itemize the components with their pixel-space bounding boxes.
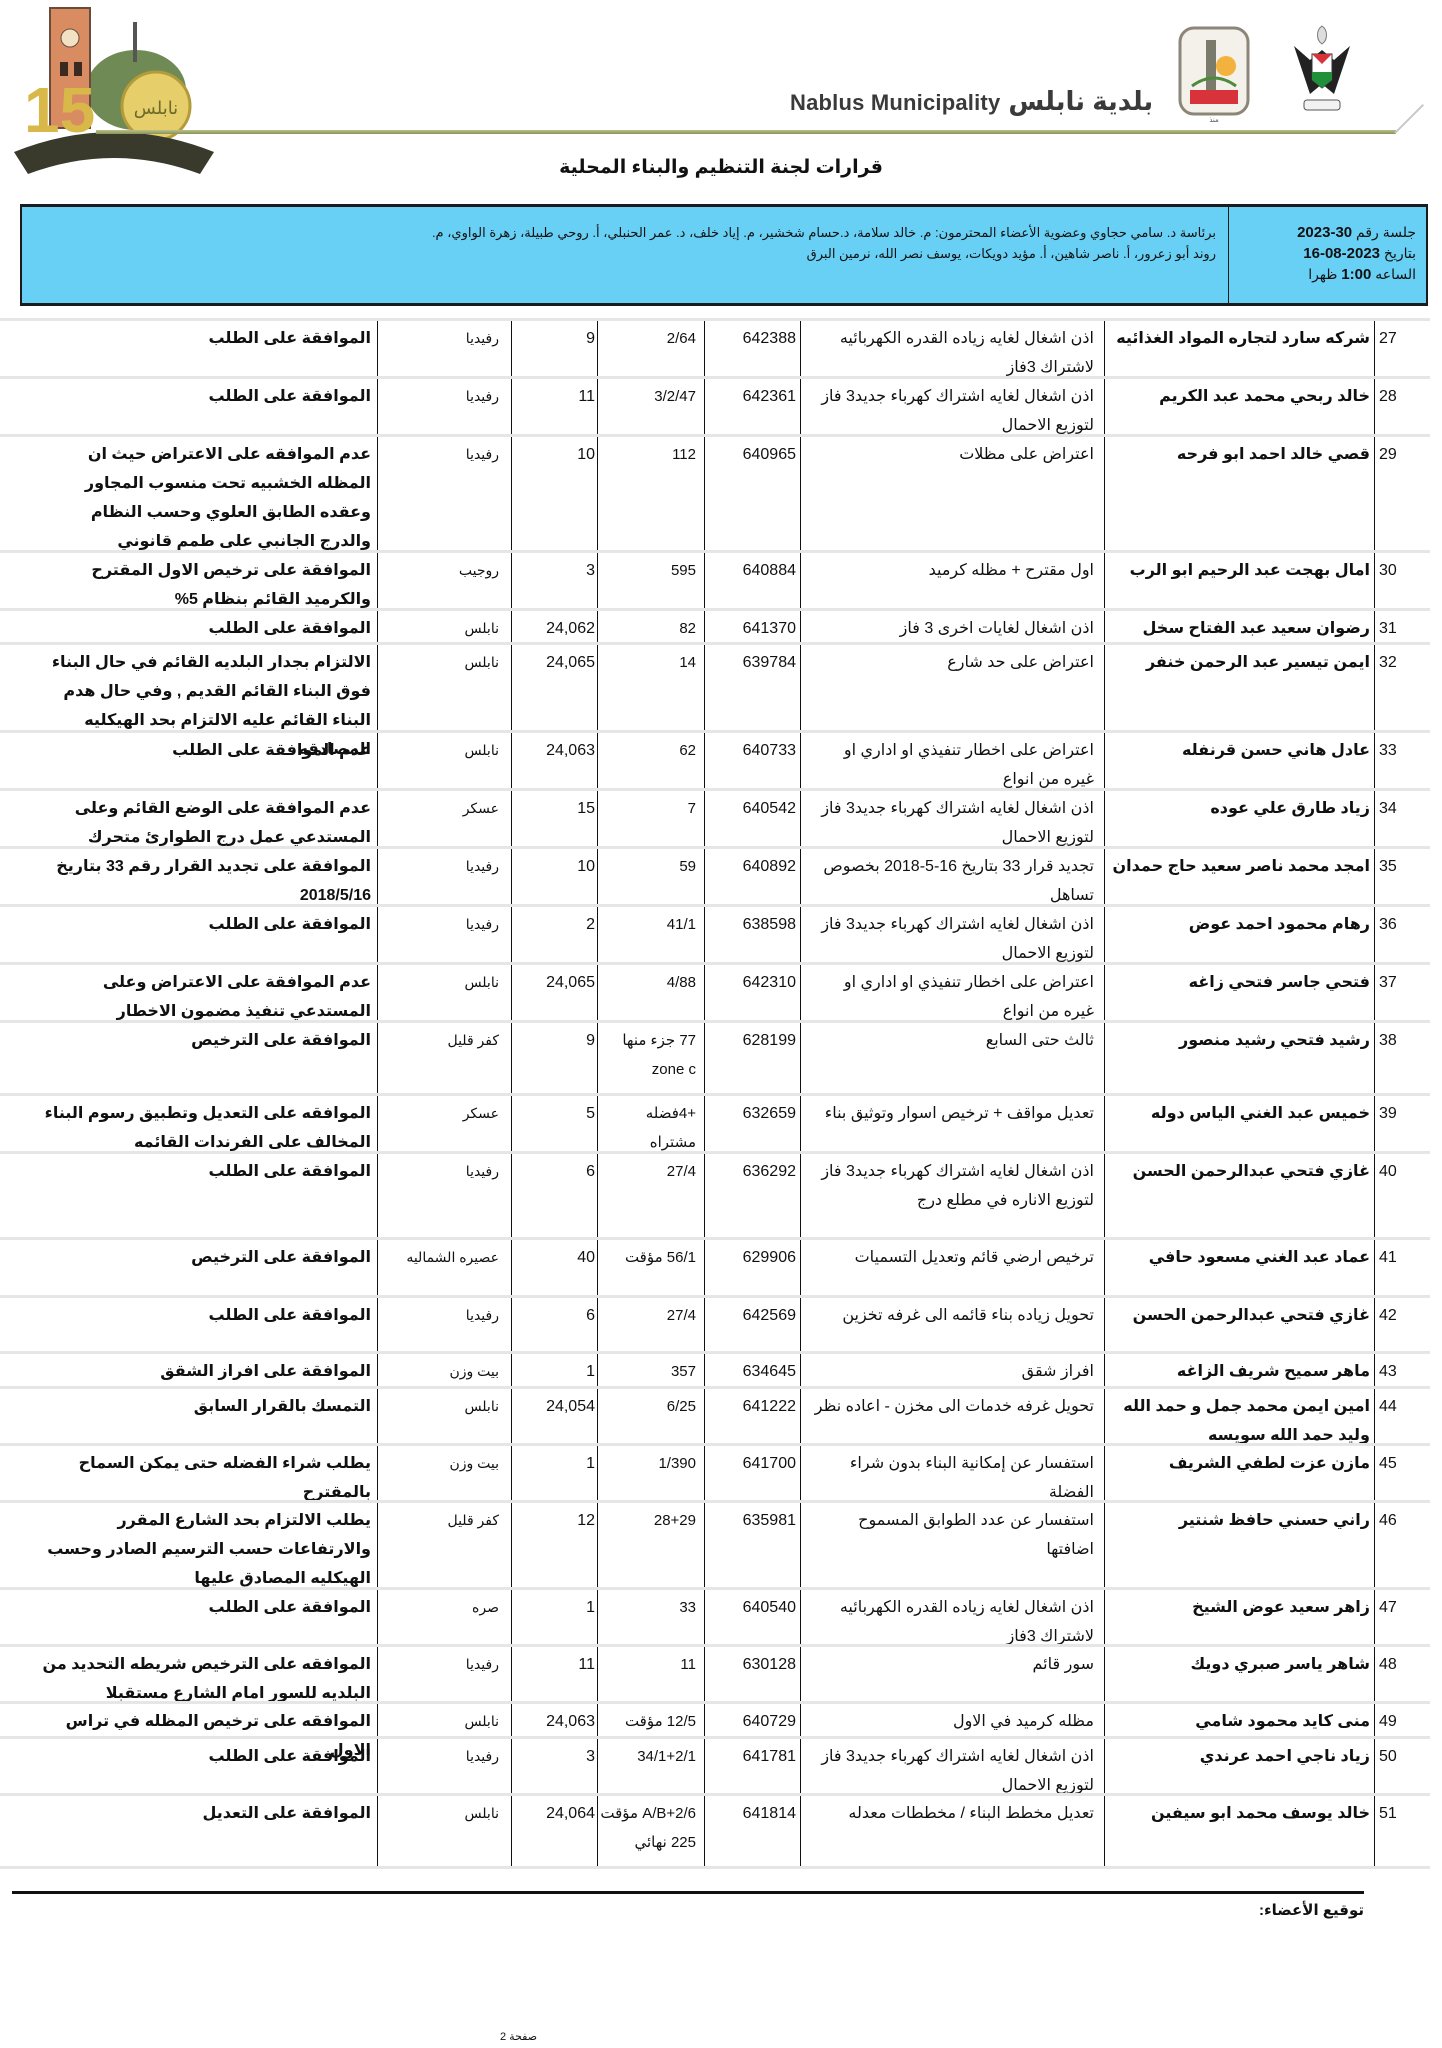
basin-number: 11 <box>512 1647 598 1701</box>
file-number: 642310 <box>705 965 801 1020</box>
area-name: رفيديا <box>378 1647 512 1701</box>
row-number: 28 <box>1375 379 1430 434</box>
row-number: 47 <box>1375 1590 1430 1644</box>
committee-decision: الموافقة على الطلب <box>0 907 378 962</box>
parcel-number: 4/88 <box>598 965 705 1020</box>
row-number: 51 <box>1375 1796 1430 1866</box>
area-name: نابلس <box>378 611 512 642</box>
table-row: 40غازي فتحي عبدالرحمن الحسناذن اشغال لغا… <box>0 1151 1430 1237</box>
request-subject: اذن اشغال لغايه اشتراك كهرباء جديد3 فاز … <box>801 907 1105 962</box>
file-number: 641370 <box>705 611 801 642</box>
decisions-table: 27شركه سارد لتجاره المواد الغذائيهاذن اش… <box>0 318 1430 1866</box>
basin-number: 12 <box>512 1503 598 1587</box>
file-number: 628199 <box>705 1023 801 1093</box>
basin-number: 40 <box>512 1240 598 1295</box>
citizen-name: رشيد فتحي رشيد منصور <box>1105 1023 1375 1093</box>
header-rule <box>96 130 1396 134</box>
area-name: بيت وزن <box>378 1446 512 1500</box>
nablus-municipality-emblem-icon: منذ <box>1178 26 1250 124</box>
citizen-name: ايمن تيسير عبد الرحمن خنفر <box>1105 645 1375 730</box>
table-row: 33عادل هاني حسن قرنفلهاعتراض على اخطار ت… <box>0 730 1430 788</box>
citizen-name: امين ايمن محمد جمل و حمد الله وليد حمد ا… <box>1105 1389 1375 1443</box>
request-subject: اعتراض على اخطار تنفيذي او اداري او غيره… <box>801 733 1105 788</box>
brand-arabic: بلدية نابلس <box>1008 86 1153 117</box>
row-number: 43 <box>1375 1354 1430 1386</box>
area-name: رفيديا <box>378 379 512 434</box>
row-number: 35 <box>1375 849 1430 904</box>
citizen-name: شاهر ياسر صبري دويك <box>1105 1647 1375 1701</box>
basin-number: 9 <box>512 1023 598 1093</box>
request-subject: اعتراض على اخطار تنفيذي او اداري او غيره… <box>801 965 1105 1020</box>
parcel-number: 59 <box>598 849 705 904</box>
request-subject: اعتراض على مظلات <box>801 437 1105 550</box>
area-name: عصيره الشماليه <box>378 1240 512 1295</box>
table-row: 27شركه سارد لتجاره المواد الغذائيهاذن اش… <box>0 318 1430 376</box>
citizen-name: راني حسني حافظ شنتير <box>1105 1503 1375 1587</box>
table-row: 49منى كايد محمود شاميمظله كرميد في الاول… <box>0 1701 1430 1736</box>
parcel-number: 112 <box>598 437 705 550</box>
table-row: 39خميس عبد الغني الياس دولهتعديل مواقف +… <box>0 1093 1430 1151</box>
svg-text:منذ: منذ <box>1209 116 1219 124</box>
committee-decision: يطلب الالتزام بحد الشارع المقرر والارتفا… <box>0 1503 378 1587</box>
page-title: قرارات لجنة التنظيم والبناء المحلية <box>0 156 1442 179</box>
area-name: عسكر <box>378 1096 512 1151</box>
file-number: 640542 <box>705 791 801 846</box>
committee-decision: الموافقة على الترخيص <box>0 1023 378 1093</box>
session-time: 1:00 <box>1341 266 1371 283</box>
row-number: 34 <box>1375 791 1430 846</box>
file-number: 630128 <box>705 1647 801 1701</box>
file-number: 640540 <box>705 1590 801 1644</box>
committee-decision: الموافقه على التعديل وتطبيق رسوم البناء … <box>0 1096 378 1151</box>
session-date: 2023-08-16 <box>1303 245 1380 262</box>
request-subject: تحويل زياده بناء قائمه الى غرفه تخزين <box>801 1298 1105 1351</box>
row-number: 32 <box>1375 645 1430 730</box>
committee-decision: الموافقة على الترخيص <box>0 1240 378 1295</box>
committee-decision: الموافقة على الطلب <box>0 1739 378 1793</box>
table-row: 42غازي فتحي عبدالرحمن الحسنتحويل زياده ب… <box>0 1295 1430 1351</box>
basin-number: 3 <box>512 1739 598 1793</box>
area-name: نابلس <box>378 965 512 1020</box>
file-number: 641222 <box>705 1389 801 1443</box>
area-name: صره <box>378 1590 512 1644</box>
committee-decision: الالتزام بجدار البلديه القائم في حال الب… <box>0 645 378 730</box>
table-row: 30امال بهجت عبد الرحيم ابو الرباول مقترح… <box>0 550 1430 608</box>
request-subject: افراز شقق <box>801 1354 1105 1386</box>
letterhead: 15 نابلس Nablus Municipality بلدية نابلس… <box>0 0 1442 200</box>
basin-number: 11 <box>512 379 598 434</box>
committee-decision: عدم الموافقة على الوضع القائم وعلى المست… <box>0 791 378 846</box>
citizen-name: زاهر سعيد عوض الشيخ <box>1105 1590 1375 1644</box>
committee-decision: عدم الموافقه على الاعتراض حيث ان المظله … <box>0 437 378 550</box>
request-subject: تحويل غرفه خدمات الى مخزن - اعاده نظر <box>801 1389 1105 1443</box>
basin-number: 10 <box>512 437 598 550</box>
table-row: 46راني حسني حافظ شنتيراستفسار عن عدد الط… <box>0 1500 1430 1587</box>
palestine-eagle-emblem-icon <box>1290 24 1354 116</box>
file-number: 640729 <box>705 1704 801 1736</box>
citizen-name: خميس عبد الغني الياس دوله <box>1105 1096 1375 1151</box>
basin-number: 24,063 <box>512 733 598 788</box>
table-row: 38رشيد فتحي رشيد منصورثالث حتى السابع628… <box>0 1020 1430 1093</box>
citizen-name: مازن عزت لطفي الشريف <box>1105 1446 1375 1500</box>
row-number: 49 <box>1375 1704 1430 1736</box>
row-number: 44 <box>1375 1389 1430 1443</box>
basin-number: 1 <box>512 1446 598 1500</box>
row-number: 41 <box>1375 1240 1430 1295</box>
row-number: 46 <box>1375 1503 1430 1587</box>
file-number: 641700 <box>705 1446 801 1500</box>
parcel-number: 595 <box>598 553 705 608</box>
area-name: نابلس <box>378 645 512 730</box>
table-row: 32ايمن تيسير عبد الرحمن خنفراعتراض على ح… <box>0 642 1430 730</box>
row-number: 36 <box>1375 907 1430 962</box>
basin-number: 2 <box>512 907 598 962</box>
citizen-name: عادل هاني حسن قرنفله <box>1105 733 1375 788</box>
parcel-number: 41/1 <box>598 907 705 962</box>
basin-number: 5 <box>512 1096 598 1151</box>
citizen-name: رضوان سعيد عبد الفتاح سخل <box>1105 611 1375 642</box>
row-number: 33 <box>1375 733 1430 788</box>
citizen-name: خالد يوسف محمد ابو سيفين <box>1105 1796 1375 1866</box>
row-number: 45 <box>1375 1446 1430 1500</box>
request-subject: استفسار عن عدد الطوابق المسموح اضافتها <box>801 1503 1105 1587</box>
request-subject: اذن اشغال لغايه اشتراك كهرباء جديد3 فاز … <box>801 1739 1105 1793</box>
committee-decision: الموافقة على الطلب <box>0 611 378 642</box>
parcel-number: A/B+2/6 مؤقت 225 نهائي <box>598 1796 705 1866</box>
parcel-number: 11 <box>598 1647 705 1701</box>
basin-number: 24,062 <box>512 611 598 642</box>
parcel-number: 6/25 <box>598 1389 705 1443</box>
table-row: 35امجد محمد ناصر سعيد حاج حمدانتجديد قرا… <box>0 846 1430 904</box>
table-row: 43ماهر سميح شريف الزاغهافراز شقق63464535… <box>0 1351 1430 1386</box>
row-number: 29 <box>1375 437 1430 550</box>
citizen-name: زياد ناجي احمد عرندي <box>1105 1739 1375 1793</box>
basin-number: 15 <box>512 791 598 846</box>
row-number: 37 <box>1375 965 1430 1020</box>
row-number: 39 <box>1375 1096 1430 1151</box>
session-date-line: بتاريخ 2023-08-16 <box>1229 243 1416 264</box>
request-subject: اذن اشغال لغايه زياده القدره الكهربائيه … <box>801 1590 1105 1644</box>
svg-text:نابلس: نابلس <box>134 98 178 119</box>
file-number: 632659 <box>705 1096 801 1151</box>
request-subject: اذن اشغال لغايه زياده القدره الكهربائيه … <box>801 321 1105 376</box>
session-number-line: جلسة رقم 30-2023 <box>1229 222 1416 243</box>
request-subject: اذن اشغال لغايات اخرى 3 فاز <box>801 611 1105 642</box>
committee-decision: الموافقة على تجديد القرار رقم 33 بتاريخ … <box>0 849 378 904</box>
table-row: 41عماد عبد الغني مسعود حافيترخيص ارضي قا… <box>0 1237 1430 1295</box>
parcel-number: 27/4 <box>598 1154 705 1237</box>
table-row: 37فتحي جاسر فتحي زاغهاعتراض على اخطار تن… <box>0 962 1430 1020</box>
area-name: عسكر <box>378 791 512 846</box>
committee-decision: التمسك بالقرار السابق <box>0 1389 378 1443</box>
area-name: روجيب <box>378 553 512 608</box>
request-subject: تجديد قرار 33 بتاريخ 16-5-2018 بخصوص تسا… <box>801 849 1105 904</box>
parcel-number: 28+29 <box>598 1503 705 1587</box>
parcel-number: 77 جزء منها zone c <box>598 1023 705 1093</box>
committee-decision: الموافقة على ترخيص الاول المقترح والكرمي… <box>0 553 378 608</box>
basin-number: 9 <box>512 321 598 376</box>
basin-number: 10 <box>512 849 598 904</box>
table-row: 45مازن عزت لطفي الشريفاستفسار عن إمكانية… <box>0 1443 1430 1500</box>
file-number: 639784 <box>705 645 801 730</box>
row-number: 31 <box>1375 611 1430 642</box>
area-name: كفر قليل <box>378 1023 512 1093</box>
parcel-number: 1/390 <box>598 1446 705 1500</box>
file-number: 641781 <box>705 1739 801 1793</box>
area-name: نابلس <box>378 1389 512 1443</box>
area-name: رفيديا <box>378 1298 512 1351</box>
header-rule-accent <box>1394 104 1424 134</box>
area-name: رفيديا <box>378 907 512 962</box>
committee-decision: الموافقه على الترخيص شريطه التحديد من ال… <box>0 1647 378 1701</box>
committee-decision: الموافقة على التعديل <box>0 1796 378 1866</box>
row-number: 30 <box>1375 553 1430 608</box>
committee-decision: الموافقه على ترخيص المظله في تراس الاول <box>0 1704 378 1736</box>
page-number: صفحة 2 <box>500 2030 537 2043</box>
file-number: 629906 <box>705 1240 801 1295</box>
request-subject: اول مقترح + مظله كرميد <box>801 553 1105 608</box>
members-signature-label: توقيع الأعضاء: <box>1259 1901 1364 1919</box>
area-name: رفيديا <box>378 437 512 550</box>
session-info-box: جلسة رقم 30-2023 بتاريخ 2023-08-16 الساع… <box>20 204 1428 306</box>
request-subject: تعديل مواقف + ترخيص اسوار وتوثيق بناء <box>801 1096 1105 1151</box>
table-row: 44امين ايمن محمد جمل و حمد الله وليد حمد… <box>0 1386 1430 1443</box>
municipality-brand: Nablus Municipality بلدية نابلس <box>790 86 1153 117</box>
basin-number: 1 <box>512 1354 598 1386</box>
parcel-number: 82 <box>598 611 705 642</box>
file-number: 636292 <box>705 1154 801 1237</box>
area-name: رفيديا <box>378 1154 512 1237</box>
session-time-label: الساعه <box>1375 266 1416 282</box>
file-number: 640892 <box>705 849 801 904</box>
row-number: 42 <box>1375 1298 1430 1351</box>
row-number: 40 <box>1375 1154 1430 1237</box>
request-subject: اذن اشغال لغايه اشتراك كهرباء جديد3 فاز … <box>801 791 1105 846</box>
citizen-name: زياد طارق علي عوده <box>1105 791 1375 846</box>
session-time-suffix: ظهرا <box>1308 266 1337 282</box>
request-subject: اذن اشغال لغايه اشتراك كهرباء جديد3 فاز … <box>801 1154 1105 1237</box>
citizen-name: غازي فتحي عبدالرحمن الحسن <box>1105 1298 1375 1351</box>
committee-decision: يطلب شراء الفضله حتى يمكن السماح بالمقتر… <box>0 1446 378 1500</box>
request-subject: ثالث حتى السابع <box>801 1023 1105 1093</box>
table-row: 29قصي خالد احمد ابو فرحهاعتراض على مظلات… <box>0 434 1430 550</box>
table-row: 34زياد طارق علي عودهاذن اشغال لغايه اشتر… <box>0 788 1430 846</box>
table-bottom-border <box>0 1866 1430 1869</box>
footer-rule <box>12 1891 1364 1894</box>
brand-english: Nablus Municipality <box>790 90 1000 116</box>
basin-number: 24,065 <box>512 965 598 1020</box>
parcel-number: 62 <box>598 733 705 788</box>
request-subject: ترخيص ارضي قائم وتعديل التسميات <box>801 1240 1105 1295</box>
basin-number: 24,063 <box>512 1704 598 1736</box>
table-row: 28خالد ربحي محمد عبد الكريماذن اشغال لغا… <box>0 376 1430 434</box>
table-row: 47زاهر سعيد عوض الشيخاذن اشغال لغايه زيا… <box>0 1587 1430 1644</box>
table-row: 31رضوان سعيد عبد الفتاح سخلاذن اشغال لغا… <box>0 608 1430 642</box>
parcel-number: 357 <box>598 1354 705 1386</box>
parcel-number: +4فضله مشتراه <box>598 1096 705 1151</box>
row-number: 50 <box>1375 1739 1430 1793</box>
table-row: 51خالد يوسف محمد ابو سيفينتعديل مخطط الب… <box>0 1793 1430 1866</box>
citizen-name: ماهر سميح شريف الزاغه <box>1105 1354 1375 1386</box>
parcel-number: 56/1 مؤقت <box>598 1240 705 1295</box>
file-number: 640884 <box>705 553 801 608</box>
table-row: 50زياد ناجي احمد عرندياذن اشغال لغايه اش… <box>0 1736 1430 1793</box>
area-name: نابلس <box>378 1704 512 1736</box>
citizen-name: عماد عبد الغني مسعود حافي <box>1105 1240 1375 1295</box>
area-name: رفيديا <box>378 1739 512 1793</box>
citizen-name: رهام محمود احمد عوض <box>1105 907 1375 962</box>
request-subject: مظله كرميد في الاول <box>801 1704 1105 1736</box>
parcel-number: 14 <box>598 645 705 730</box>
nablus-150-years-logo-icon: 15 نابلس <box>4 2 224 178</box>
committee-decision: عدم الموافقة على الاعتراض وعلى المستدعي … <box>0 965 378 1020</box>
file-number: 640965 <box>705 437 801 550</box>
basin-number: 3 <box>512 553 598 608</box>
session-details: جلسة رقم 30-2023 بتاريخ 2023-08-16 الساع… <box>1228 207 1426 303</box>
row-number: 27 <box>1375 321 1430 376</box>
committee-decision: الموافقة على الطلب <box>0 1298 378 1351</box>
file-number: 642569 <box>705 1298 801 1351</box>
committee-decision: الموافقة على الطلب <box>0 379 378 434</box>
citizen-name: امجد محمد ناصر سعيد حاج حمدان <box>1105 849 1375 904</box>
committee-decision: الموافقة على الطلب <box>0 321 378 376</box>
citizen-name: منى كايد محمود شامي <box>1105 1704 1375 1736</box>
committee-decision: الموافقة على الطلب <box>0 1590 378 1644</box>
citizen-name: شركه سارد لتجاره المواد الغذائيه <box>1105 321 1375 376</box>
area-name: نابلس <box>378 733 512 788</box>
parcel-number: 2/64 <box>598 321 705 376</box>
parcel-number: 7 <box>598 791 705 846</box>
committee-members: برئاسة د. سامي حجاوي وعضوية الأعضاء المح… <box>32 222 1216 264</box>
file-number: 642361 <box>705 379 801 434</box>
basin-number: 6 <box>512 1154 598 1237</box>
citizen-name: خالد ربحي محمد عبد الكريم <box>1105 379 1375 434</box>
request-subject: تعديل مخطط البناء / مخططات معدله <box>801 1796 1105 1866</box>
row-number: 38 <box>1375 1023 1430 1093</box>
committee-decision: الموافقة على افراز الشقق <box>0 1354 378 1386</box>
table-row: 36رهام محمود احمد عوضاذن اشغال لغايه اشت… <box>0 904 1430 962</box>
file-number: 642388 <box>705 321 801 376</box>
session-number: 30-2023 <box>1297 224 1352 241</box>
area-name: رفيديا <box>378 321 512 376</box>
area-name: رفيديا <box>378 849 512 904</box>
citizen-name: فتحي جاسر فتحي زاغه <box>1105 965 1375 1020</box>
table-row: 48شاهر ياسر صبري دويكسور قائم6301281111ر… <box>0 1644 1430 1701</box>
citizen-name: امال بهجت عبد الرحيم ابو الرب <box>1105 553 1375 608</box>
file-number: 641814 <box>705 1796 801 1866</box>
members-line-2: روند أبو زعرور، أ. ناصر شاهين، أ. مؤيد د… <box>32 243 1216 264</box>
area-name: بيت وزن <box>378 1354 512 1386</box>
parcel-number: 27/4 <box>598 1298 705 1351</box>
session-number-label: جلسة رقم <box>1356 224 1416 240</box>
committee-decision: عدم الموافقة على الطلب <box>0 733 378 788</box>
members-line-1: برئاسة د. سامي حجاوي وعضوية الأعضاء المح… <box>32 222 1216 243</box>
basin-number: 1 <box>512 1590 598 1644</box>
request-subject: استفسار عن إمكانية البناء بدون شراء الفض… <box>801 1446 1105 1500</box>
file-number: 635981 <box>705 1503 801 1587</box>
parcel-number: 3/2/47 <box>598 379 705 434</box>
basin-number: 24,054 <box>512 1389 598 1443</box>
session-date-label: بتاريخ <box>1384 245 1416 261</box>
citizen-name: غازي فتحي عبدالرحمن الحسن <box>1105 1154 1375 1237</box>
session-time-line: الساعه 1:00 ظهرا <box>1229 264 1416 285</box>
request-subject: اعتراض على حد شارع <box>801 645 1105 730</box>
parcel-number: 34/1+2/1 <box>598 1739 705 1793</box>
row-number: 48 <box>1375 1647 1430 1701</box>
basin-number: 6 <box>512 1298 598 1351</box>
area-name: كفر قليل <box>378 1503 512 1587</box>
area-name: نابلس <box>378 1796 512 1866</box>
parcel-number: 33 <box>598 1590 705 1644</box>
request-subject: اذن اشغال لغايه اشتراك كهرباء جديد3 فاز … <box>801 379 1105 434</box>
committee-decision: الموافقة على الطلب <box>0 1154 378 1237</box>
parcel-number: 12/5 مؤقت <box>598 1704 705 1736</box>
basin-number: 24,064 <box>512 1796 598 1866</box>
file-number: 638598 <box>705 907 801 962</box>
citizen-name: قصي خالد احمد ابو فرحه <box>1105 437 1375 550</box>
file-number: 634645 <box>705 1354 801 1386</box>
basin-number: 24,065 <box>512 645 598 730</box>
file-number: 640733 <box>705 733 801 788</box>
request-subject: سور قائم <box>801 1647 1105 1701</box>
